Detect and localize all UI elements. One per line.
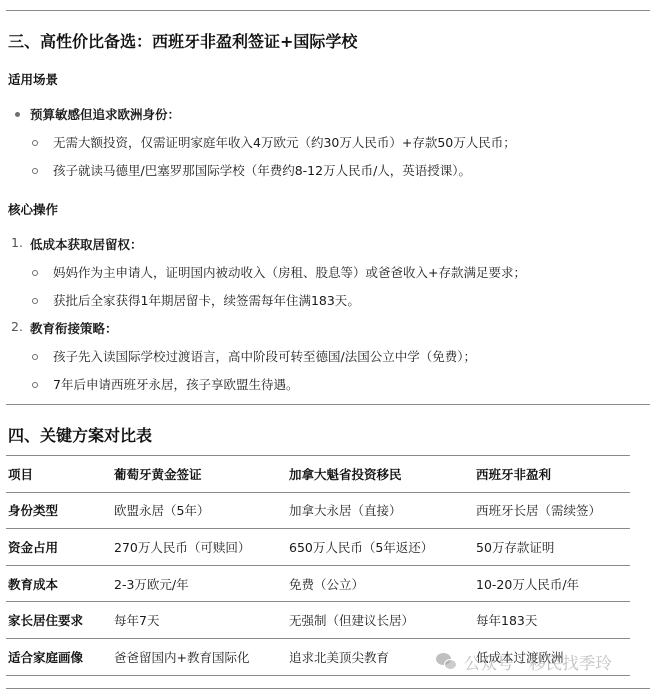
table-header-cell: 加拿大魁省投资移民 [287,456,474,493]
bottom-divider [6,688,650,689]
bullet-circle-icon [32,270,38,276]
section3-title: 三、高性价比备选：西班牙非盈利签证+国际学校 [8,29,357,52]
table-header-cell: 项目 [6,456,112,493]
table-cell: 50万存款证明 [474,529,630,566]
table-cell: 西班牙长居（需续签） [474,492,630,529]
operation-item-label: 教育衔接策略： [30,319,118,337]
table-row: 身份类型 欧盟永居（5年） 加拿大永居（直接） 西班牙长居（需续签） [6,492,630,529]
table-row: 家长居住要求 每年7天 无强制（但建议长居） 每年183天 [6,602,630,639]
operation-subitem: 7年后申请西班牙永居，孩子享欧盟生待遇。 [53,375,298,393]
wechat-icon [436,653,458,671]
bullet-disc-icon [15,112,20,117]
bullet-circle-icon [32,354,38,360]
table-row-label: 资金占用 [6,529,112,566]
section-divider [6,404,650,405]
list-number: 1. [11,235,23,250]
table-cell: 10-20万人民币/年 [474,565,630,602]
bullet-circle-icon [32,140,38,146]
table-cell: 无强制（但建议长居） [287,602,474,639]
scenario-subitem: 无需大额投资，仅需证明家庭年收入4万欧元（约30万人民币）+存款50万人民币； [53,133,516,151]
operation-item-label: 低成本获取居留权： [30,235,143,253]
table-cell: 2-3万欧元/年 [112,565,287,602]
scenario-subitem: 孩子就读马德里/巴塞罗那国际学校（年费约8-12万人民币/人，英语授课）。 [53,161,471,179]
table-cell: 爸爸留国内+教育国际化 [112,638,287,675]
operation-subitem: 孩子先入读国际学校过渡语言，高中阶段可转至德国/法国公立中学（免费）； [53,347,476,365]
bullet-circle-icon [32,382,38,388]
table-cell: 欧盟永居（5年） [112,492,287,529]
bullet-circle-icon [32,168,38,174]
table-cell: 加拿大永居（直接） [287,492,474,529]
watermark: 公众号 · 移民找季玲 [436,650,612,674]
scenario-bullet-label: 预算敏感但追求欧洲身份： [30,107,180,122]
watermark-text: 公众号 · 移民找季玲 [464,650,612,674]
table-header-row: 项目 葡萄牙黄金签证 加拿大魁省投资移民 西班牙非盈利 [6,456,630,493]
operation-subitem: 获批后全家获得1年期居留卡，续签需每年住满183天。 [53,291,360,309]
section4-title: 四、关键方案对比表 [8,423,152,446]
table-row: 教育成本 2-3万欧元/年 免费（公立） 10-20万人民币/年 [6,565,630,602]
operation-item-label-text: 低成本获取居留权： [30,237,143,252]
table-cell: 每年183天 [474,602,630,639]
table-cell: 650万人民币（5年返还） [287,529,474,566]
table-row-label: 教育成本 [6,565,112,602]
table-cell: 270万人民币（可赎回） [112,529,287,566]
list-number: 2. [11,319,23,334]
table-header-cell: 西班牙非盈利 [474,456,630,493]
table-cell: 免费（公立） [287,565,474,602]
scenario-bullet: 预算敏感但追求欧洲身份： [30,105,180,123]
operation-subitem: 妈妈作为主申请人，证明国内被动收入（房租、股息等）或爸爸收入+存款满足要求； [53,263,526,281]
table-header-cell: 葡萄牙黄金签证 [112,456,287,493]
table-row-label: 家长居住要求 [6,602,112,639]
table-row: 资金占用 270万人民币（可赎回） 650万人民币（5年返还） 50万存款证明 [6,529,630,566]
operations-heading: 核心操作 [8,200,58,218]
bullet-circle-icon [32,298,38,304]
table-cell: 每年7天 [112,602,287,639]
operation-item-label-text: 教育衔接策略： [30,321,118,336]
scenario-heading: 适用场景 [8,70,58,88]
table-row-label: 身份类型 [6,492,112,529]
comparison-table: 项目 葡萄牙黄金签证 加拿大魁省投资移民 西班牙非盈利 身份类型 欧盟永居（5年… [6,455,630,676]
table-row-label: 适合家庭画像 [6,638,112,675]
top-divider [6,10,650,11]
